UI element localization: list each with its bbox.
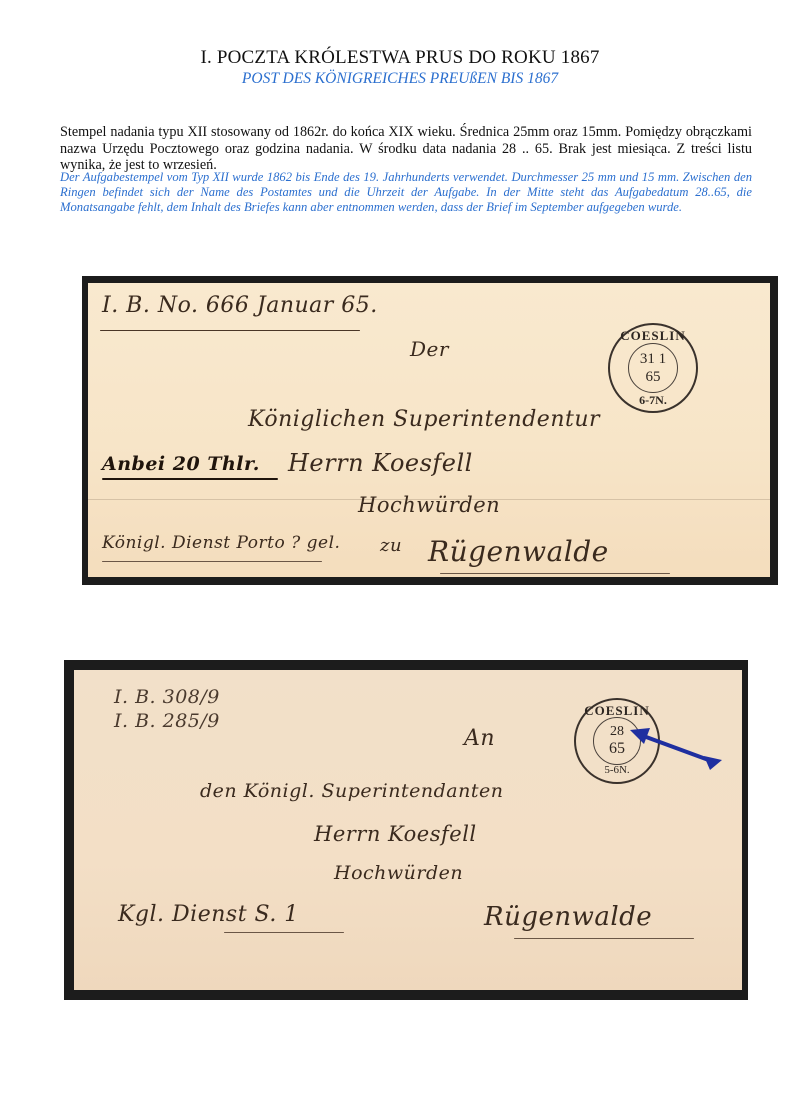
- addressee-line-1: Königlichen Superintendentur: [248, 407, 600, 432]
- reference-underline: [100, 330, 360, 331]
- salutation: An: [464, 726, 495, 751]
- postmark-town: COESLIN: [610, 328, 696, 344]
- addressee-line-3: Hochwürden: [334, 862, 463, 884]
- postmark-time: 6-7N.: [610, 393, 696, 408]
- destination-underline: [440, 573, 670, 574]
- addressee-line-1: den Königl. Superintendanten: [200, 780, 503, 802]
- description-polish: Stempel nadania typu XII stosowany od 18…: [60, 124, 752, 174]
- destination-underline: [514, 938, 694, 939]
- description-german: Der Aufgabestempel vom Typ XII wurde 186…: [60, 170, 752, 215]
- service-underline: [224, 932, 344, 933]
- service-note: Kgl. Dienst S. 1: [118, 902, 299, 927]
- postmark-year: 65: [610, 369, 696, 386]
- cover-paper: I. B. No. 666 Januar 65. Der Königlichen…: [88, 283, 770, 577]
- postmark-town: COESLIN: [576, 703, 658, 719]
- destination-prefix: zu: [380, 535, 402, 556]
- page-title-german: POST DES KÖNIGREICHES PREUßEN BIS 1867: [0, 69, 800, 88]
- destination: Rügenwalde: [484, 902, 652, 932]
- letter-cover-1: I. B. No. 666 Januar 65. Der Königlichen…: [82, 276, 778, 585]
- service-note: Königl. Dienst Porto ? gel.: [102, 533, 340, 553]
- salutation: Der: [410, 337, 449, 361]
- postmark-date: 31 1: [610, 351, 696, 368]
- enclosure-note: Anbei 20 Thlr.: [102, 453, 260, 475]
- service-underline: [102, 561, 322, 562]
- arrow-pointer-icon: [624, 724, 724, 774]
- reference-line-1: I. B. 308/9: [114, 686, 220, 708]
- reference-line-2: I. B. 285/9: [114, 710, 220, 732]
- addressee-line-3: Hochwürden: [358, 493, 500, 517]
- postmark-coeslin: COESLIN 31 1 65 6-7N.: [608, 323, 698, 413]
- cover-paper: I. B. 308/9 I. B. 285/9 An den Königl. S…: [74, 670, 742, 990]
- page-header: I. POCZTA KRÓLESTWA PRUS DO ROKU 1867 PO…: [0, 47, 800, 88]
- addressee-line-2: Herrn Koesfell: [314, 822, 477, 846]
- destination: Rügenwalde: [428, 535, 609, 568]
- reference-number: I. B. No. 666 Januar 65.: [102, 293, 378, 318]
- letter-cover-2: I. B. 308/9 I. B. 285/9 An den Königl. S…: [64, 660, 748, 1000]
- page-title-polish: I. POCZTA KRÓLESTWA PRUS DO ROKU 1867: [0, 47, 800, 69]
- enclosure-underline: [102, 478, 278, 480]
- addressee-line-2: Herrn Koesfell: [288, 449, 473, 477]
